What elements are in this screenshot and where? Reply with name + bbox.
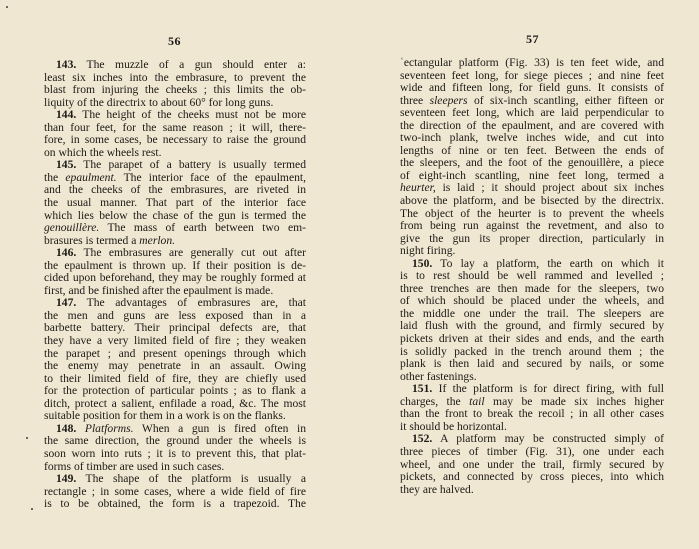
italic-term: tail bbox=[469, 395, 484, 408]
italic-term: sleepers bbox=[430, 94, 468, 107]
text-line: three pieces of timber (Fig. 31), one un… bbox=[400, 446, 664, 459]
paragraph-number: 152. bbox=[412, 432, 432, 445]
text-line: they have a very limited field of fire ;… bbox=[44, 335, 306, 348]
text-line: ˈectangular platform (Fig. 33) is ten fe… bbox=[400, 57, 664, 70]
text-line: seventeen feet long, which are laid perp… bbox=[400, 107, 664, 120]
text-line: is to rest should be well rammed and lev… bbox=[400, 270, 664, 283]
paragraph-number: 148. bbox=[56, 422, 76, 435]
text-line: pickets, and connected by cross pieces, … bbox=[400, 471, 664, 484]
italic-term: heurter, bbox=[400, 181, 436, 194]
page-body: 143. The muzzle of a gun should enter a:… bbox=[44, 59, 306, 511]
text-line: soon worn into ruts ; it is to prevent t… bbox=[44, 448, 306, 461]
italic-term: merlon. bbox=[139, 234, 175, 247]
paragraph-number: 151. bbox=[412, 382, 432, 395]
text-line: for the protection of particular points … bbox=[44, 385, 306, 398]
text-line: fore, in some cases, be necessary to rai… bbox=[44, 134, 306, 147]
paragraph-number: 146. bbox=[56, 246, 76, 259]
text-line: pickets driven at their sides and ends, … bbox=[400, 333, 664, 346]
paragraph-number: 150. bbox=[412, 257, 432, 270]
text-line: from being run against the revetment, an… bbox=[400, 220, 664, 233]
paragraph-number: 143. bbox=[56, 58, 76, 71]
text-line: plank is then laid and secured by nails,… bbox=[400, 358, 664, 371]
page-number: 57 bbox=[526, 32, 539, 47]
scan-speck bbox=[6, 6, 8, 8]
text-line: the enemy may penetrate in an assault. O… bbox=[44, 360, 306, 373]
text-line: the usual manner. That part of the inter… bbox=[44, 197, 306, 210]
paragraph-number: 144. bbox=[56, 108, 76, 121]
paragraph-number: 149. bbox=[56, 472, 76, 485]
italic-term: epaulment. bbox=[65, 171, 116, 184]
text-line: above the platform, and be bisected by t… bbox=[400, 195, 664, 208]
text-line: night firing. bbox=[400, 245, 664, 258]
text-line: 143. The muzzle of a gun should enter a: bbox=[44, 59, 306, 72]
page-number: 56 bbox=[168, 34, 181, 49]
text-line: than the front to break the recoil ; in … bbox=[400, 408, 664, 421]
scan-speck bbox=[26, 437, 28, 439]
text-line: suitable position for them in a work is … bbox=[44, 410, 306, 423]
text-line: two-inch plank, twelve inches wide, and … bbox=[400, 132, 664, 145]
page-body: ˈectangular platform (Fig. 33) is ten fe… bbox=[400, 57, 664, 496]
right-page: 57 ˈectangular platform (Fig. 33) is ten… bbox=[350, 0, 699, 549]
italic-term: Platforms. bbox=[85, 422, 134, 435]
paragraph-number: 145. bbox=[56, 158, 76, 171]
text-line: they are halved. bbox=[400, 484, 664, 497]
text-line: 149. The shape of the platform is usuall… bbox=[44, 473, 306, 486]
italic-term: genouillère. bbox=[44, 221, 99, 234]
paragraph-number: 147. bbox=[56, 296, 76, 309]
text-line: 146. The embrasures are generally cut ou… bbox=[44, 247, 306, 260]
text-line: blast from injuring the cheeks ; this li… bbox=[44, 84, 306, 97]
text-line: is to be obtained, the form is a trapezo… bbox=[44, 498, 306, 511]
scan-speck bbox=[31, 508, 33, 510]
text-line: cided upon beforehand, they may be rough… bbox=[44, 272, 306, 285]
text-line: 144. The height of the cheeks must not b… bbox=[44, 109, 306, 122]
text-line: 151. If the platform is for direct firin… bbox=[400, 383, 664, 396]
left-page: 56 143. The muzzle of a gun should enter… bbox=[0, 0, 350, 549]
